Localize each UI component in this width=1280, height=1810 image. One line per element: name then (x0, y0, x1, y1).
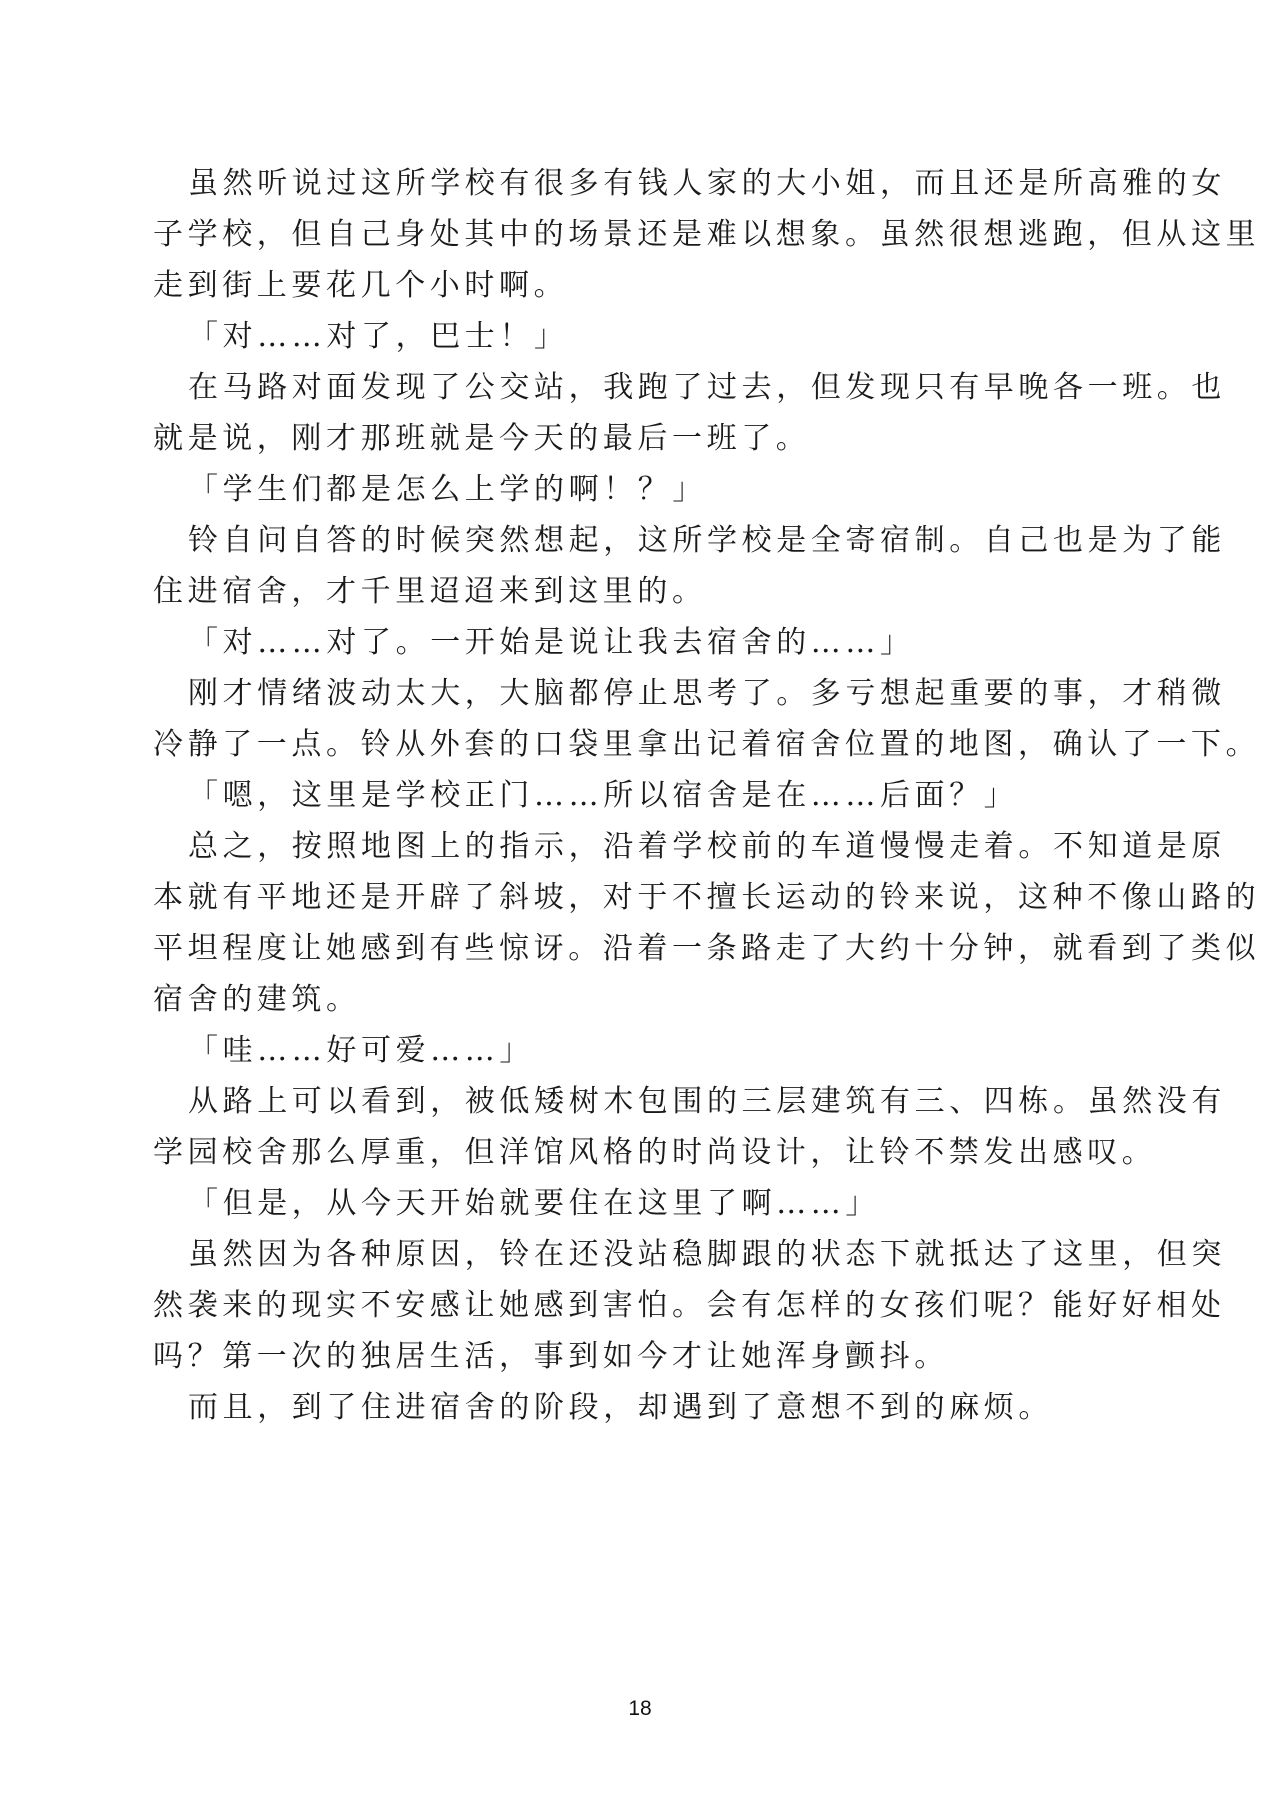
text-line: 宿舍的建筑。 (153, 978, 361, 1022)
text-line: 冷静了一点。铃从外套的口袋里拿出记着宿舍位置的地图，确认了一下。 (153, 723, 1260, 767)
text-line: 本就有平地还是开辟了斜坡，对于不擅长运动的铃来说，这种不像山路的 (153, 876, 1260, 920)
text-line: 而且，到了住进宿舍的阶段，却遇到了意想不到的麻烦。 (188, 1386, 1053, 1430)
text-line: 吗？第一次的独居生活，事到如今才让她浑身颤抖。 (153, 1335, 949, 1379)
text-line: 就是说，刚才那班就是今天的最后一班了。 (153, 417, 810, 461)
text-line: 学园校舍那么厚重，但洋馆风格的时尚设计，让铃不禁发出感叹。 (153, 1131, 1156, 1175)
text-line: 从路上可以看到，被低矮树木包围的三层建筑有三、四栋。虽然没有 (188, 1080, 1226, 1124)
text-line: 总之，按照地图上的指示，沿着学校前的车道慢慢走着。不知道是原 (188, 825, 1226, 869)
page-number: 18 (0, 1697, 1280, 1721)
dialogue-line: 「但是，从今天开始就要住在这里了啊……」 (188, 1182, 880, 1226)
dialogue-line: 「对……对了。一开始是说让我去宿舍的……」 (188, 621, 915, 665)
text-line: 平坦程度让她感到有些惊讶。沿着一条路走了大约十分钟，就看到了类似 (153, 927, 1260, 971)
dialogue-line: 「对……对了，巴士！」 (188, 315, 569, 359)
dialogue-line: 「学生们都是怎么上学的啊！？」 (188, 468, 707, 512)
text-line: 住进宿舍，才千里迢迢来到这里的。 (153, 570, 707, 614)
text-line: 在马路对面发现了公交站，我跑了过去，但发现只有早晚各一班。也 (188, 366, 1226, 410)
document-page: 虽然听说过这所学校有很多有钱人家的大小姐，而且还是所高雅的女 子学校，但自己身处… (0, 0, 1280, 1810)
text-line: 虽然听说过这所学校有很多有钱人家的大小姐，而且还是所高雅的女 (188, 162, 1226, 206)
text-line: 虽然因为各种原因，铃在还没站稳脚跟的状态下就抵达了这里，但突 (188, 1233, 1226, 1277)
text-line: 刚才情绪波动太大，大脑都停止思考了。多亏想起重要的事，才稍微 (188, 672, 1226, 716)
text-line: 子学校，但自己身处其中的场景还是难以想象。虽然很想逃跑，但从这里 (153, 213, 1260, 257)
dialogue-line: 「嗯，这里是学校正门……所以宿舍是在……后面？」 (188, 774, 1018, 818)
dialogue-line: 「哇……好可爱……」 (188, 1029, 534, 1073)
text-line: 然袭来的现实不安感让她感到害怕。会有怎样的女孩们呢？能好好相处 (153, 1284, 1226, 1328)
text-line: 铃自问自答的时候突然想起，这所学校是全寄宿制。自己也是为了能 (188, 519, 1226, 563)
text-line: 走到街上要花几个小时啊。 (153, 264, 568, 308)
